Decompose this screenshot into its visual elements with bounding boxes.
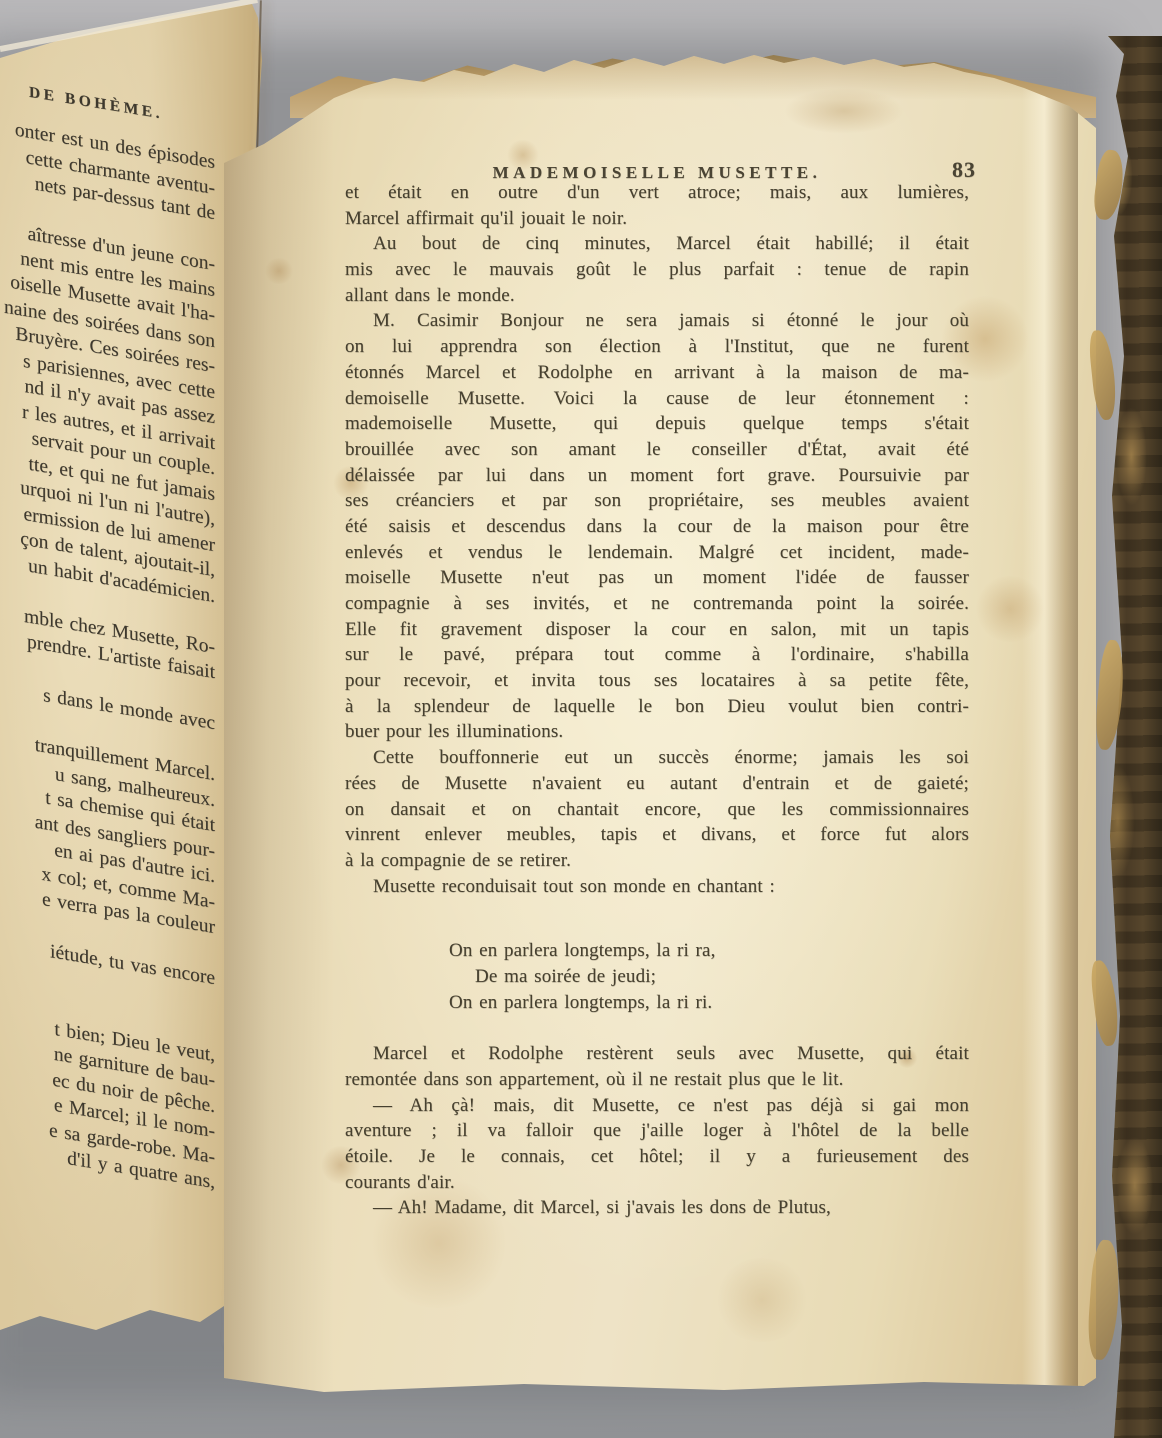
paragraph: — Ah! Madame, dit Marcel, si j'avais les… bbox=[345, 1195, 969, 1221]
text-line: étoile. Je le connais, cet hôtel; il y a… bbox=[345, 1144, 969, 1170]
text-line: Elle fit gravement disposer la cour en s… bbox=[345, 617, 969, 643]
text-line: — Ah çà! mais, dit Musette, ce n'est pas… bbox=[345, 1093, 969, 1119]
text-line: étonnés Marcel et Rodolphe en arrivant à… bbox=[345, 360, 969, 386]
song-verse: On en parlera longtemps, la ri ra, De ma… bbox=[449, 938, 969, 1015]
text-line: enlevés et vendus le lendemain. Malgré c… bbox=[345, 540, 969, 566]
text-line: M. Casimir Bonjour ne sera jamais si éto… bbox=[345, 308, 969, 334]
paragraph: et était en outre d'un vert atroce; mais… bbox=[345, 180, 969, 231]
text-line: brouillée avec son amant le conseiller d… bbox=[345, 437, 969, 463]
paragraph: Musette reconduisait tout son monde en c… bbox=[345, 874, 969, 900]
text-line: pour recevoir, et invita tous ses locata… bbox=[345, 668, 969, 694]
paragraph: M. Casimir Bonjour ne sera jamais si éto… bbox=[345, 308, 969, 745]
text-line: Marcel et Rodolphe restèrent seuls avec … bbox=[345, 1041, 969, 1067]
text-line: délaissée par lui dans un moment fort gr… bbox=[345, 463, 969, 489]
text-line: buer pour les illuminations. bbox=[345, 719, 969, 745]
verse-line: On en parlera longtemps, la ri ra, bbox=[449, 938, 969, 964]
left-page-text-block: DE BOHÈME. onter est un des épisodes cet… bbox=[0, 24, 215, 1196]
text-line: sur le pavé, prépara tout comme à l'ordi… bbox=[345, 642, 969, 668]
verse-line: On en parlera longtemps, la ri ri. bbox=[449, 990, 969, 1016]
paragraph: Au bout de cinq minutes, Marcel était ha… bbox=[345, 231, 969, 308]
text-line: compagnie à ses invités, et ne contreman… bbox=[345, 591, 969, 617]
text-line: moiselle Musette n'eut pas un moment l'i… bbox=[345, 565, 969, 591]
text-line: à la splendeur de laquelle le bon Dieu v… bbox=[345, 694, 969, 720]
text-line: mademoiselle Musette, qui depuis quelque… bbox=[345, 411, 969, 437]
text-line: vinrent enlever meubles, tapis et divans… bbox=[345, 822, 969, 848]
text-line: et était en outre d'un vert atroce; mais… bbox=[345, 180, 969, 206]
text-line: on lui apprendra son élection à l'Instit… bbox=[345, 334, 969, 360]
text-line: demoiselle Musette. Voici la cause de le… bbox=[345, 386, 969, 412]
text-line: aventure ; il va falloir que j'aille log… bbox=[345, 1118, 969, 1144]
text-line: on dansait et on chantait encore, que le… bbox=[345, 797, 969, 823]
text-line: courants d'air. bbox=[345, 1170, 969, 1196]
paragraph: Cette bouffonnerie eut un succès énorme;… bbox=[345, 745, 969, 873]
text-line: allant dans le monde. bbox=[345, 283, 969, 309]
text-line: remontée dans son appartement, où il ne … bbox=[345, 1067, 969, 1093]
text-line: été saisis et descendus dans la cour de … bbox=[345, 514, 969, 540]
page-text-block: et était en outre d'un vert atroce; mais… bbox=[345, 180, 969, 1221]
text-line: Musette reconduisait tout son monde en c… bbox=[345, 874, 969, 900]
text-line: Marcel affirmait qu'il jouait le noir. bbox=[345, 206, 969, 232]
verse-line: De ma soirée de jeudi; bbox=[475, 964, 969, 990]
text-line: Au bout de cinq minutes, Marcel était ha… bbox=[345, 231, 969, 257]
text-line: ses créanciers et par son propriétaire, … bbox=[345, 488, 969, 514]
text-line: à la compagnie de se retirer. bbox=[345, 848, 969, 874]
text-line: mis avec le mauvais goût le plus parfait… bbox=[345, 257, 969, 283]
foxing-spot bbox=[264, 258, 294, 284]
right-page: MADEMOISELLE MUSETTE. 83 et était en out… bbox=[224, 48, 1096, 1396]
text-line: Cette bouffonnerie eut un succès énorme;… bbox=[345, 745, 969, 771]
paragraph: — Ah çà! mais, dit Musette, ce n'est pas… bbox=[345, 1093, 969, 1196]
page-fore-edge-fold bbox=[1022, 48, 1078, 1396]
foxing-spot bbox=[714, 1258, 810, 1342]
paragraph: Marcel et Rodolphe restèrent seuls avec … bbox=[345, 1041, 969, 1092]
book-photograph: DE BOHÈME. onter est un des épisodes cet… bbox=[0, 0, 1162, 1438]
text-line: rées de Musette n'avaient eu autant d'en… bbox=[345, 771, 969, 797]
text-line: — Ah! Madame, dit Marcel, si j'avais les… bbox=[345, 1195, 969, 1221]
